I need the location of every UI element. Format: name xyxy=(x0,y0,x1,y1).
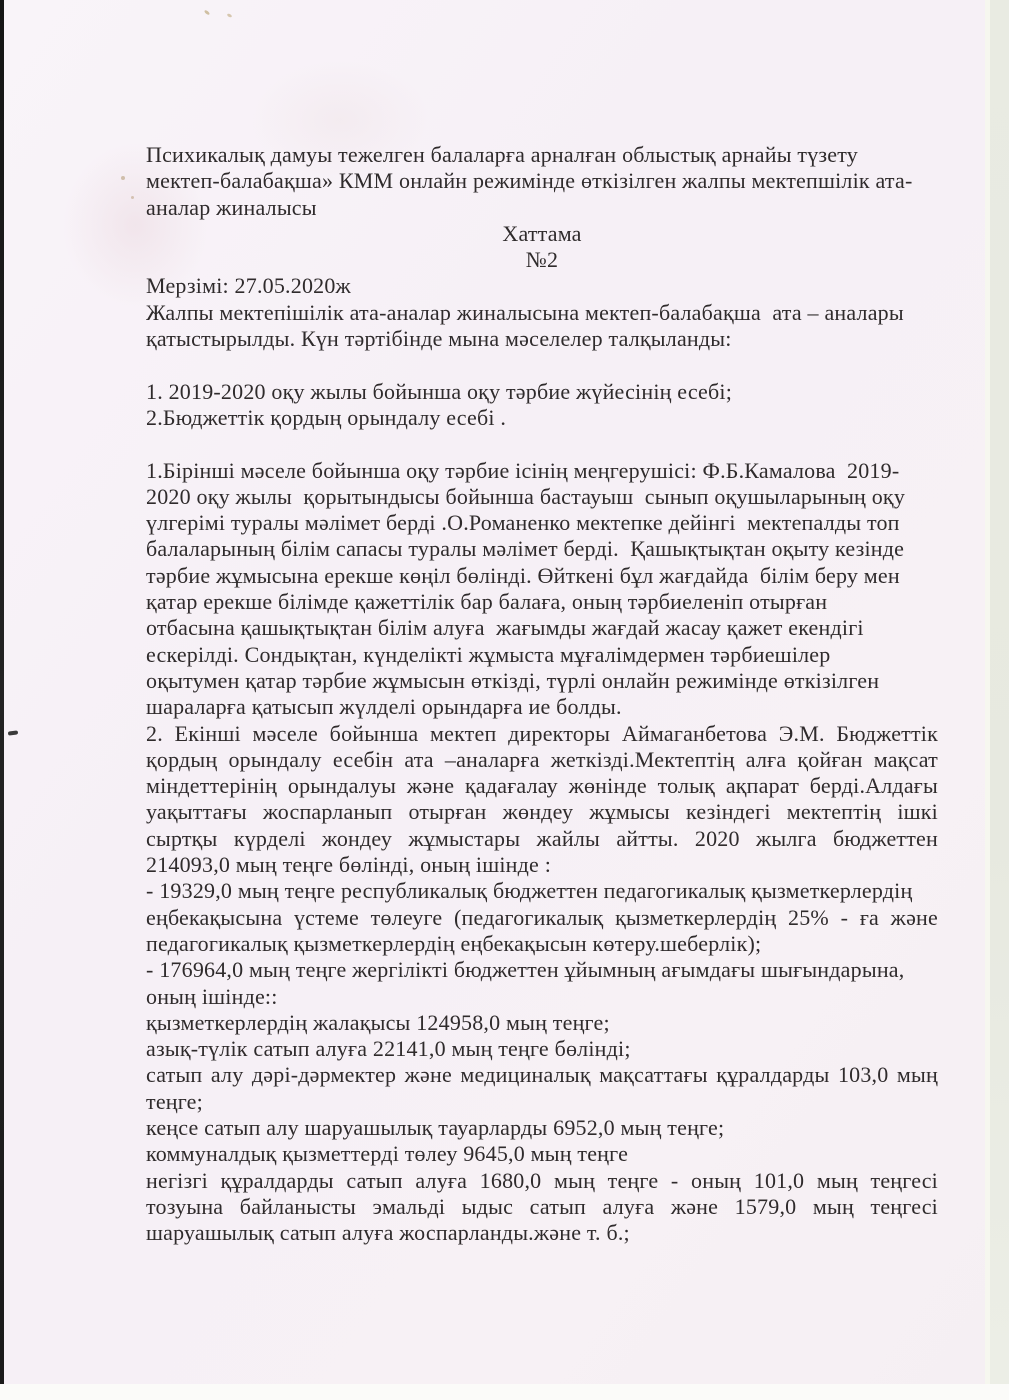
text-line: мектеп-балабақша» КММ онлайн режимінде ө… xyxy=(146,168,938,194)
text-line: сатып алу дәрі-дәрмектер және медициналы… xyxy=(146,1062,938,1088)
text-line: Мерзімі: 27.05.2020ж xyxy=(146,273,938,299)
ink-dash-mark xyxy=(8,730,18,735)
blank-line xyxy=(146,352,938,378)
paper-speck xyxy=(131,196,134,199)
text-line: коммуналдық қызметтерді төлеу 9645,0 мың… xyxy=(146,1141,938,1167)
text-line: сыртқы күрделі жондеу жұмыстары жайлы ай… xyxy=(146,826,938,852)
blank-line xyxy=(146,431,938,457)
text-line: аналар жиналысы xyxy=(146,195,938,221)
text-line: отбасына қашықтықтан білім алуға жағымды… xyxy=(146,615,938,641)
text-line: тозуына байланысты эмальді ыдыс сатып ал… xyxy=(146,1194,938,1220)
text-line: негізгі құралдарды сатып алуға 1680,0 мы… xyxy=(146,1168,938,1194)
scan-viewport: { "page": { "kind": "scanned-document", … xyxy=(0,0,1009,1400)
text-line: қызметкерлердің жалақысы 124958,0 мың те… xyxy=(146,1010,938,1036)
text-line: Хаттама xyxy=(146,221,938,247)
text-line: міндеттерінің орындалуы және қадағалау ж… xyxy=(146,773,938,799)
paper-speck xyxy=(121,176,125,180)
scanner-margin-right xyxy=(990,0,1009,1384)
text-line: - 19329,0 мың теңге республикалық бюджет… xyxy=(146,878,938,904)
text-line: Психикалық дамуы тежелген балаларға арна… xyxy=(146,142,938,168)
text-line: шараларға қатысып жүлделі орындарға ие б… xyxy=(146,694,938,720)
text-line: 2. Екінші мәселе бойынша мектеп директор… xyxy=(146,721,938,747)
scanned-page: Психикалық дамуы тежелген балаларға арна… xyxy=(0,0,985,1384)
text-line: кеңсе сатып алу шаруашылық тауарларды 69… xyxy=(146,1115,938,1141)
text-line: үлгерімі туралы мәлімет берді .О.Романен… xyxy=(146,510,938,536)
page-edge-shadow xyxy=(0,0,4,1384)
text-line: - 176964,0 мың теңге жергілікті бюджетте… xyxy=(146,957,938,983)
text-line: педагогикалық қызметкерлердің еңбекақысы… xyxy=(146,931,938,957)
text-line: Жалпы мектепішілік ата-аналар жиналысына… xyxy=(146,300,938,326)
text-line: еңбекақысына үстеме төлеуге (педагогикал… xyxy=(146,905,938,931)
text-line: қордың орындалу есебін ата –аналарға жет… xyxy=(146,747,938,773)
text-line: 1. 2019-2020 оқу жылы бойынша оқу тәрбие… xyxy=(146,379,938,405)
text-line: тәрбие жұмысына ерекше көңіл бөлінді. Өй… xyxy=(146,563,938,589)
text-line: оның ішінде:: xyxy=(146,984,938,1010)
text-line: №2 xyxy=(146,247,938,273)
text-line: азық-түлік сатып алуға 22141,0 мың теңге… xyxy=(146,1036,938,1062)
text-line: 1.Бірінші мәселе бойынша оқу тәрбие ісін… xyxy=(146,458,938,484)
paper-speck xyxy=(204,9,211,15)
document-text: Психикалық дамуы тежелген балаларға арна… xyxy=(146,142,938,1246)
text-line: шаруашылық сатып алуға жоспарланды.және … xyxy=(146,1220,938,1246)
text-line: қатыстырылды. Күн тәртібінде мына мәселе… xyxy=(146,326,938,352)
text-line: оқытумен қатар тәрбие жұмысын өткізді, т… xyxy=(146,668,938,694)
text-line: теңге; xyxy=(146,1089,938,1115)
paper-speck xyxy=(227,13,233,18)
text-line: уақыттағы жоспарланып отырған жөндеу жұм… xyxy=(146,799,938,825)
text-line: ескерілді. Сондықтан, күнделікті жұмыста… xyxy=(146,642,938,668)
text-line: балаларының білім сапасы туралы мәлімет … xyxy=(146,536,938,562)
text-line: қатар ерекше білімде қажеттілік бар бала… xyxy=(146,589,938,615)
text-line: 2.Бюджеттік қордың орындалу есебі . xyxy=(146,405,938,431)
text-line: 2020 оқу жылы қорытындысы бойынша бастау… xyxy=(146,484,938,510)
paper-right-edge-highlight xyxy=(985,0,990,1384)
text-line: 214093,0 мың теңге бөлінді, оның ішінде … xyxy=(146,852,938,878)
